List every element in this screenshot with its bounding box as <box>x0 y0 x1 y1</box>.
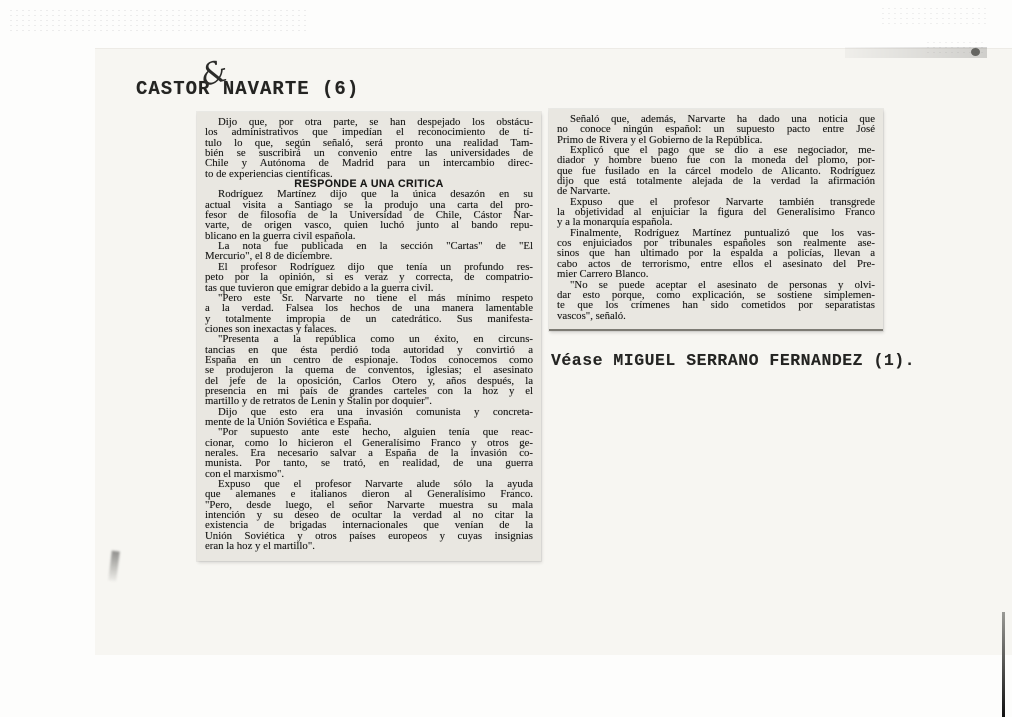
clipping-text-line: a la verdad. Falsea los hechos de una ma… <box>205 303 533 313</box>
page-title: CASTOR NAVARTE (6) <box>136 78 359 100</box>
right-newspaper-clipping: Señaló que, además, Narvarte ha dado una… <box>549 109 883 331</box>
clipping-text-line: vascos", señaló. <box>557 311 875 321</box>
clipping-text-line: "Presenta a la república como un éxito, … <box>205 334 533 344</box>
scan-edge-line <box>1002 612 1005 717</box>
scanned-archive-page: CASTOR NAVARTE (6) & Dijo que, por otra … <box>0 0 1012 717</box>
clipping-text-line: peto por la opinión, si es veraz y corre… <box>205 272 533 282</box>
scan-noise <box>8 8 308 32</box>
clipping-text-line: eran la hoz y el martillo". <box>205 541 533 551</box>
clipping-text-line: te que los crímenes han sido cometidos p… <box>557 300 875 310</box>
clipping-text-line: mier Carrero Blanco. <box>557 269 875 279</box>
see-also-note: Véase MIGUEL SERRANO FERNANDEZ (1). <box>551 351 915 370</box>
scan-noise <box>880 6 990 28</box>
paper-top-edge-shadow <box>845 47 987 58</box>
left-newspaper-clipping: Dijo que, por otra parte, se han despeja… <box>197 112 541 561</box>
scan-ink-blot <box>971 48 980 56</box>
